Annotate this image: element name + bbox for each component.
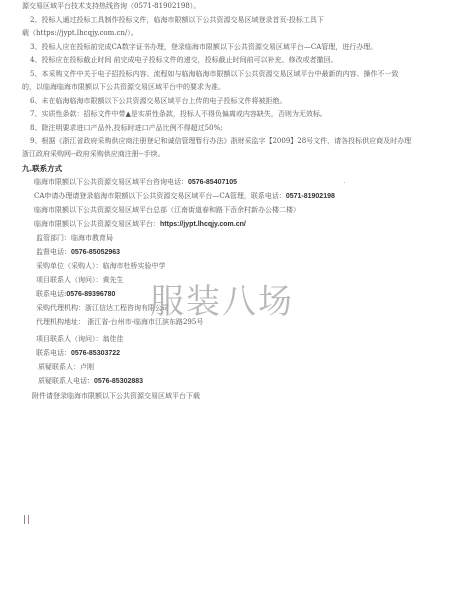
contact-line-12: 项目联系人（询问）：翁佳佳 <box>36 335 124 344</box>
contact-value: 0571-81902198 <box>286 193 335 200</box>
contact-label: CA申请办理请登录临海市限额以下公共资源交易区域平台—CA管理，联系电话： <box>34 192 286 200</box>
contact-label: 项目联系人（询问）：黄先生 <box>36 276 124 284</box>
body-line-11: 9、根据《浙江省政府采购供应商注册登记和诚信管理暂行办法》浙财采监字【2009】… <box>30 137 411 146</box>
contact-line-8: 项目联系人（询问）：黄先生 <box>36 276 124 285</box>
contact-value: 0576-85407105 <box>188 179 237 186</box>
contact-line-13: 联系电话：0576-85303722 <box>36 349 120 358</box>
body-line-5: 4、投标应在投标截止时间 前完成电子投标文件的递交，投标截止时间前可以补充、修改… <box>30 56 338 65</box>
contact-line-3: 临海市限额以下公共资源交易区域平台总部（江南街道春和路下岙余村新办公楼二楼） <box>34 206 300 215</box>
stray-dot <box>344 182 345 183</box>
contact-value: 0576-85052963 <box>71 249 120 256</box>
contact-value: 0576-85303722 <box>71 350 120 357</box>
contact-label: 联系电话： <box>36 349 71 357</box>
text-cursor-icon <box>24 515 29 524</box>
body-line-2: 2、投标人通过投标工具制作投标文件，临海市限额以下公共资源交易区域登录首页-投标… <box>30 16 324 25</box>
contact-line-5: 监管部门：临海市教育局 <box>36 234 113 243</box>
document-page: 源交易区域平台技术支持热线咨询（0571-81902198）。 2、投标人通过投… <box>0 0 450 600</box>
body-line-3: 载（https://jypt.lhcqjy.com.cn/）。 <box>22 29 138 38</box>
contact-line-1: 临海市限额以下公共资源交易区域平台咨询电话：0576-85407105 <box>34 178 237 187</box>
contact-label: 临海市限额以下公共资源交易区域平台咨询电话： <box>34 178 188 186</box>
contact-label: 监管部门：临海市教育局 <box>36 234 113 242</box>
body-line-6: 5、本采购文件中关于电子招投标内容、流程如与临海临海市限额以下公共资源交易区域平… <box>30 70 398 79</box>
contact-line-2: CA申请办理请登录临海市限额以下公共资源交易区域平台—CA管理，联系电话：057… <box>34 192 335 201</box>
body-line-4: 3、投标人应在投标前完成CA数字证书办理，登录临海市限额以下公共资源交易区域平台… <box>30 43 377 52</box>
contact-line-9: 联系电话:0576-89396780 <box>36 290 115 299</box>
contact-line-15: 质疑联系人电话：0576-85302883 <box>38 377 143 386</box>
body-line-1: 源交易区域平台技术支持热线咨询（0571-81902198）。 <box>22 2 200 11</box>
contact-label: 质疑联系人电话： <box>38 377 94 385</box>
contact-label: 临海市限额以下公共资源交易区域平台： <box>34 220 160 228</box>
contact-label: 临海市限额以下公共资源交易区域平台总部（江南街道春和路下岙余村新办公楼二楼） <box>34 206 300 214</box>
attachment-note: 附件请登录临海市限额以下公共资源交易区域平台下载 <box>32 392 200 401</box>
contact-line-7: 采购单位（采购人）：临海市杜桥实验中学 <box>36 262 166 271</box>
contact-value: 0576-89396780 <box>66 291 115 298</box>
contact-label: 项目联系人（询问）：翁佳佳 <box>36 335 124 343</box>
contact-line-4: 临海市限额以下公共资源交易区域平台：https://jypt.lhcqjy.co… <box>34 220 246 229</box>
contact-label: 联系电话: <box>36 290 66 298</box>
contact-label: 附件请登录临海市限额以下公共资源交易区域平台下载 <box>32 392 200 400</box>
body-line-9: 7、实质性条款：招标文件中带▲是实质性条款，投标人不得负偏离或内容缺失，否则为无… <box>30 110 327 119</box>
contact-line-14: 质疑联系人：卢刚 <box>38 363 94 372</box>
contact-label: 采购单位（采购人）：临海市杜桥实验中学 <box>36 262 166 270</box>
contact-line-6: 监督电话：0576-85052963 <box>36 248 120 257</box>
contact-label: 质疑联系人：卢刚 <box>38 363 94 371</box>
platform-url-link[interactable]: https://jypt.lhcqjy.com.cn/ <box>160 221 246 228</box>
body-line-10: 8、除注明要求进口产品外,投标时进口产品比例不得超过50%; <box>30 124 223 133</box>
contact-label: 监督电话： <box>36 248 71 256</box>
watermark: 服装八场 <box>150 274 294 323</box>
body-line-12: 浙江政府采购网--政府采购供应商注册--手续。 <box>22 150 164 159</box>
body-line-7: 的，以临海临海市限额以下公共资源交易区域平台中的要求为准。 <box>22 83 225 92</box>
section-heading-contact: 九.联系方式 <box>22 163 62 174</box>
body-line-8: 6、未在临海临海市限额以下公共资源交易区域平台上传的电子投标文件将被拒绝。 <box>30 97 286 106</box>
contact-value: 0576-85302883 <box>94 378 143 385</box>
